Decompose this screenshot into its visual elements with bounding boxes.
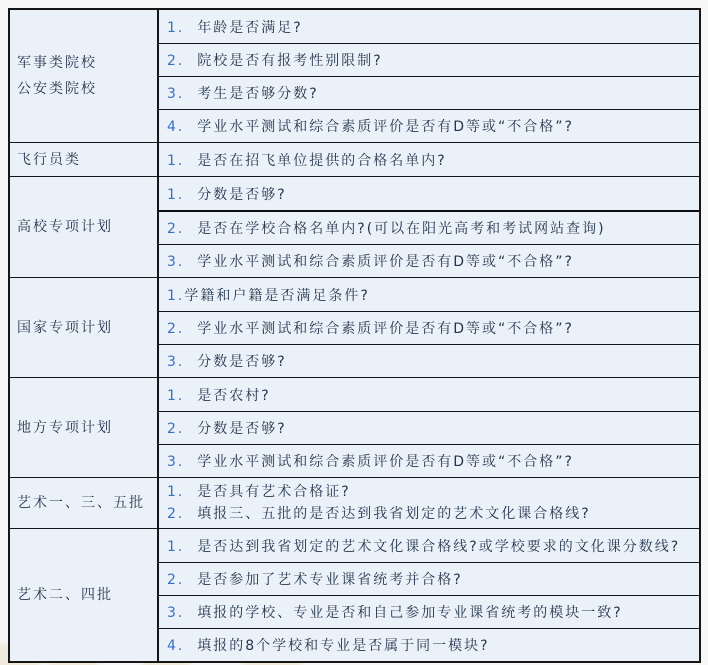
- item-number: 2.: [167, 506, 184, 522]
- item-text: 学业水平测试和综合素质评价是否有D等或“不合格”?: [184, 119, 574, 135]
- question-cells: 1.学籍和户籍是否满足条件? 2. 学业水平测试和综合素质评价是否有D等或“不合…: [159, 278, 699, 377]
- category-label-cell: 军事类院校 公安类院校: [10, 10, 159, 142]
- question-cell: 1. 是否在招飞单位提供的合格名单内?: [159, 143, 699, 176]
- question-cell: 3. 学业水平测试和综合素质评价是否有D等或“不合格”?: [159, 244, 699, 277]
- question-cell: 1. 是否具有艺术合格证? 2. 填报三、五批的是否达到我省划定的艺术文化课合格…: [159, 478, 699, 528]
- question-cell: 3. 填报的学校、专业是否和自己参加专业课省统考的模块一致?: [159, 595, 699, 628]
- question-cell: 1. 是否达到我省划定的艺术文化课合格线?或学校要求的文化课分数线?: [159, 529, 699, 562]
- item-number: 3.: [167, 605, 184, 621]
- question-cells: 1. 是否具有艺术合格证? 2. 填报三、五批的是否达到我省划定的艺术文化课合格…: [159, 478, 699, 528]
- item-text: 学籍和户籍是否满足条件?: [184, 288, 369, 304]
- category-label-cell: 艺术一、三、五批: [10, 478, 159, 528]
- question-cell: 2. 是否参加了艺术专业课省统考并合格?: [159, 562, 699, 595]
- question-cell: 3. 分数是否够?: [159, 344, 699, 377]
- table-row-group: 飞行员类 1. 是否在招飞单位提供的合格名单内?: [10, 142, 699, 176]
- item-text: 是否具有艺术合格证?: [184, 484, 350, 500]
- page: 军事类院校 公安类院校 1. 年龄是否满足? 2. 院校是否有报考性别限制? 3…: [0, 8, 708, 665]
- table-row-group: 地方专项计划 1. 是否农村? 2. 分数是否够? 3. 学业水平测试和综合素质…: [10, 377, 699, 477]
- item-text: 学业水平测试和综合素质评价是否有D等或“不合格”?: [184, 254, 574, 270]
- item-text: 填报的8个学校和专业是否属于同一模块?: [184, 638, 489, 654]
- item-number: 1.: [167, 187, 184, 203]
- question-line: 1. 分数是否够?: [167, 184, 287, 204]
- item-number: 1.: [167, 388, 184, 404]
- question-cell: 2. 学业水平测试和综合素质评价是否有D等或“不合格”?: [159, 311, 699, 344]
- question-line: 1. 是否具有艺术合格证?: [167, 481, 693, 503]
- table-row-group: 国家专项计划 1.学籍和户籍是否满足条件? 2. 学业水平测试和综合素质评价是否…: [10, 277, 699, 377]
- question-line: 2. 是否参加了艺术专业课省统考并合格?: [167, 569, 463, 589]
- question-line: 3. 分数是否够?: [167, 351, 287, 371]
- question-cells: 1. 是否达到我省划定的艺术文化课合格线?或学校要求的文化课分数线? 2. 是否…: [159, 529, 699, 661]
- question-line: 3. 学业水平测试和综合素质评价是否有D等或“不合格”?: [167, 451, 574, 471]
- item-text: 是否在招飞单位提供的合格名单内?: [184, 153, 446, 169]
- question-cell: 3. 学业水平测试和综合素质评价是否有D等或“不合格”?: [159, 444, 699, 477]
- item-number: 1.: [167, 153, 184, 169]
- question-cell: 4. 学业水平测试和综合素质评价是否有D等或“不合格”?: [159, 109, 699, 142]
- item-text: 分数是否够?: [184, 187, 286, 203]
- item-number: 2.: [167, 421, 184, 437]
- item-number: 2.: [167, 221, 184, 237]
- question-cell: 1. 分数是否够?: [159, 177, 699, 210]
- item-number: 1.: [167, 539, 184, 555]
- question-cell: 1. 年龄是否满足?: [159, 10, 699, 43]
- item-text: 分数是否够?: [184, 354, 286, 370]
- item-text: 学业水平测试和综合素质评价是否有D等或“不合格”?: [184, 321, 574, 337]
- question-line: 1. 是否在招飞单位提供的合格名单内?: [167, 150, 447, 170]
- question-cell: 1.学籍和户籍是否满足条件?: [159, 278, 699, 311]
- question-cells: 1. 是否农村? 2. 分数是否够? 3. 学业水平测试和综合素质评价是否有D等…: [159, 378, 699, 477]
- question-line: 3. 填报的学校、专业是否和自己参加专业课省统考的模块一致?: [167, 602, 623, 622]
- item-text: 学业水平测试和综合素质评价是否有D等或“不合格”?: [184, 454, 574, 470]
- item-text: 年龄是否满足?: [184, 20, 302, 36]
- question-line: 4. 填报的8个学校和专业是否属于同一模块?: [167, 635, 490, 655]
- category-label-cell: 飞行员类: [10, 143, 159, 176]
- table-row-group: 高校专项计划 1. 分数是否够? 2. 是否在学校合格名单内?(可以在阳光高考和…: [10, 176, 699, 277]
- question-line: 3. 考生是否够分数?: [167, 83, 319, 103]
- category-label-cell: 地方专项计划: [10, 378, 159, 477]
- question-cell: 3. 考生是否够分数?: [159, 76, 699, 109]
- table-row-group: 艺术二、四批 1. 是否达到我省划定的艺术文化课合格线?或学校要求的文化课分数线…: [10, 528, 699, 661]
- question-line: 2. 填报三、五批的是否达到我省划定的艺术文化课合格线?: [167, 503, 693, 525]
- item-number: 2.: [167, 53, 184, 69]
- question-line: 3. 学业水平测试和综合素质评价是否有D等或“不合格”?: [167, 251, 574, 271]
- category-label-cell: 高校专项计划: [10, 177, 159, 277]
- question-cell: 2. 分数是否够?: [159, 411, 699, 444]
- question-line: 1. 是否达到我省划定的艺术文化课合格线?或学校要求的文化课分数线?: [167, 536, 680, 556]
- item-text: 院校是否有报考性别限制?: [184, 53, 382, 69]
- question-cells: 1. 分数是否够? 2. 是否在学校合格名单内?(可以在阳光高考和考试网站查询)…: [159, 177, 699, 277]
- item-number: 1.: [167, 20, 184, 36]
- item-number: 3.: [167, 454, 184, 470]
- item-number: 3.: [167, 254, 184, 270]
- item-number: 4.: [167, 638, 184, 654]
- item-text: 填报的学校、专业是否和自己参加专业课省统考的模块一致?: [184, 605, 622, 621]
- question-cell: 1. 是否农村?: [159, 378, 699, 411]
- item-text: 是否参加了艺术专业课省统考并合格?: [184, 572, 462, 588]
- item-number: 2.: [167, 321, 184, 337]
- item-text: 是否在学校合格名单内?(可以在阳光高考和考试网站查询): [184, 221, 605, 237]
- item-text: 考生是否够分数?: [184, 86, 318, 102]
- question-line: 4. 学业水平测试和综合素质评价是否有D等或“不合格”?: [167, 116, 574, 136]
- question-line: 2. 学业水平测试和综合素质评价是否有D等或“不合格”?: [167, 318, 574, 338]
- table-row-group: 军事类院校 公安类院校 1. 年龄是否满足? 2. 院校是否有报考性别限制? 3…: [10, 10, 699, 142]
- item-number: 3.: [167, 86, 184, 102]
- item-number: 4.: [167, 119, 184, 135]
- question-cell: 4. 填报的8个学校和专业是否属于同一模块?: [159, 628, 699, 661]
- question-line: 2. 院校是否有报考性别限制?: [167, 50, 383, 70]
- question-line: 1. 是否农村?: [167, 385, 271, 405]
- item-text: 是否农村?: [184, 388, 270, 404]
- item-text: 分数是否够?: [184, 421, 286, 437]
- item-text: 填报三、五批的是否达到我省划定的艺术文化课合格线?: [184, 506, 590, 522]
- item-number: 1.: [167, 484, 184, 500]
- item-number: 3.: [167, 354, 184, 370]
- table-row-group: 艺术一、三、五批 1. 是否具有艺术合格证? 2. 填报三、五批的是否达到我省划…: [10, 477, 699, 528]
- question-line: 2. 分数是否够?: [167, 418, 287, 438]
- question-line: 1.学籍和户籍是否满足条件?: [167, 285, 370, 305]
- question-line: 1. 年龄是否满足?: [167, 17, 303, 37]
- question-cells: 1. 是否在招飞单位提供的合格名单内?: [159, 143, 699, 176]
- checklist-table: 军事类院校 公安类院校 1. 年龄是否满足? 2. 院校是否有报考性别限制? 3…: [8, 8, 701, 663]
- category-label-cell: 艺术二、四批: [10, 529, 159, 661]
- category-label-cell: 国家专项计划: [10, 278, 159, 377]
- question-cells: 1. 年龄是否满足? 2. 院校是否有报考性别限制? 3. 考生是否够分数? 4…: [159, 10, 699, 142]
- item-text: 是否达到我省划定的艺术文化课合格线?或学校要求的文化课分数线?: [184, 539, 680, 555]
- question-cell: 2. 院校是否有报考性别限制?: [159, 43, 699, 76]
- item-number: 2.: [167, 572, 184, 588]
- item-number: 1.: [167, 288, 184, 304]
- question-line: 2. 是否在学校合格名单内?(可以在阳光高考和考试网站查询): [167, 218, 606, 238]
- question-cell: 2. 是否在学校合格名单内?(可以在阳光高考和考试网站查询): [159, 210, 699, 244]
